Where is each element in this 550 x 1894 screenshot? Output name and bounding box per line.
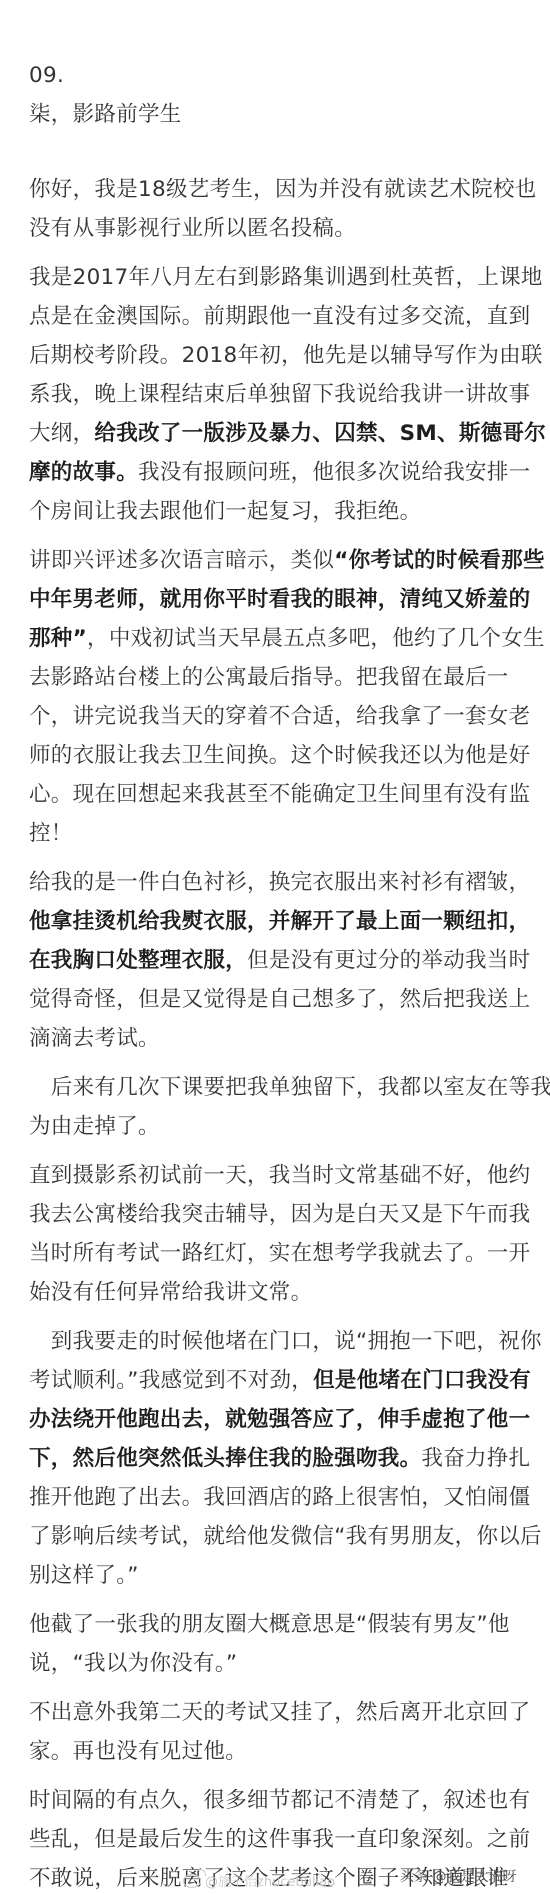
text-line: 没有从事影视行业所以匿名投稿。: [29, 215, 356, 243]
body-text: 始没有任何异常给我讲文常。: [29, 1280, 312, 1305]
body-text: 考试顺利。”我感觉到不对劲，: [29, 1368, 313, 1393]
text-line: 为由走掉了。: [29, 1113, 160, 1141]
body-text: 但是没有更过分的举动我当时: [247, 948, 530, 973]
text-line: 说，“我以为你没有。”: [29, 1650, 237, 1678]
text-line: 后期校考阶段。2018年初，他先是以辅导写作为由联: [29, 342, 543, 370]
text-line: 直到摄影系初试前一天，我当时文常基础不好，他约: [29, 1162, 530, 1190]
text-line: 中年男老师，就用你平时看我的眼神，清纯又娇羞的: [29, 586, 530, 614]
weibo-icon: [183, 1874, 201, 1888]
body-text: 滴滴去考试。: [29, 1026, 160, 1051]
text-line: 心。现在回想起来我甚至不能确定卫生间里有没有监: [29, 781, 530, 809]
body-text: 了影响后续考试，就给他发微信“我有男朋友，你以后: [29, 1524, 542, 1549]
bold-text: 那种”: [29, 626, 87, 651]
body-text: 心。现在回想起来我甚至不能确定卫生间里有没有监: [29, 782, 530, 807]
text-line: 到我要走的时候他堵在门口，说“拥抱一下吧，祝你: [29, 1328, 542, 1356]
body-text: 推开他跑了出去。我回酒店的路上很害怕，又怕闹僵: [29, 1485, 530, 1510]
body-text: 后来有几次下课要把我单独留下，我都以室友在等我: [29, 1075, 550, 1100]
bold-text: 在我胸口处整理衣服，: [29, 948, 247, 973]
body-text: 系我，晚上课程结束后单独留下我说给我讲一讲故事: [29, 382, 530, 407]
text-line: 个，讲完说我当天的穿着不合适，给我拿了一套女老: [29, 703, 530, 731]
body-text: 直到摄影系初试前一天，我当时文常基础不好，他约: [29, 1163, 530, 1188]
text-line: 你好，我是18级艺考生，因为并没有就读艺术院校也: [29, 176, 537, 204]
text-line: 时间隔的有点久，很多细节都记不清楚了，叙述也有: [29, 1787, 530, 1815]
bold-text: 下，然后他突然低头捧住我的脸强吻我。: [29, 1446, 421, 1471]
body-text: 时间隔的有点久，很多细节都记不清楚了，叙述也有: [29, 1788, 530, 1813]
text-line: 他截了一张我的朋友圈大概意思是“假装有男友”他: [29, 1611, 510, 1639]
text-line: 他拿挂烫机给我熨衣服，并解开了最上面一颗纽扣，: [29, 908, 530, 936]
body-text: 去影路站台楼上的公寓最后指导。把我留在最后一: [29, 665, 509, 690]
bold-text: 摩的故事。: [29, 460, 138, 485]
body-text: 别这样了。”: [29, 1563, 139, 1588]
text-line: 些乱，但是最后发生的这件事我一直印象深刻。之前: [29, 1826, 530, 1854]
body-text: 个房间让我去跟他们一起复习，我拒绝。: [29, 499, 421, 524]
body-text: 控！: [29, 821, 73, 846]
body-text: 个，讲完说我当天的穿着不合适，给我拿了一套女老: [29, 704, 530, 729]
body-text: 我没有报顾问班，他很多次说给我安排一: [138, 460, 530, 485]
body-text: 为由走掉了。: [29, 1114, 160, 1139]
bold-text: 但是他堵在门口我没有: [313, 1368, 531, 1393]
text-line: 家。再也没有见过他。: [29, 1738, 247, 1766]
text-line: 师的衣服让我去卫生间换。这个时候我还以为他是好: [29, 742, 530, 770]
body-text: 到我要走的时候他堵在门口，说“拥抱一下吧，祝你: [29, 1329, 542, 1354]
text-line: 别这样了。”: [29, 1562, 139, 1590]
text-line: 考试顺利。”我感觉到不对劲，但是他堵在门口我没有: [29, 1367, 531, 1395]
text-line: 给我的是一件白色衬衫，换完衣服出来衬衫有褶皱，: [29, 869, 530, 897]
body-text: 没有从事影视行业所以匿名投稿。: [29, 216, 356, 241]
body-text: ，中戏初试当天早晨五点多吧，他约了几个女生: [87, 626, 545, 651]
body-text: 讲即兴评述多次语言暗示，类似: [29, 548, 334, 573]
text-line: 当时所有考试一路红灯，实在想考学我就去了。一开: [29, 1240, 530, 1268]
body-text: 点是在金澳国际。前期跟他一直没有过多交流，直到: [29, 304, 530, 329]
author-line: 柒，影路前学生: [29, 101, 182, 129]
body-text: 大纲，: [29, 421, 94, 446]
text-line: 控！: [29, 820, 73, 848]
text-line: 始没有任何异常给我讲文常。: [29, 1279, 312, 1307]
text-line: 办法绕开他跑出去，就勉强答应了，伸手虚抱了他一: [29, 1406, 530, 1434]
text-line: 点是在金澳国际。前期跟他一直没有过多交流，直到: [29, 303, 530, 331]
post-number: 09.: [29, 62, 64, 90]
text-line: 系我，晚上课程结束后单独留下我说给我讲一讲故事: [29, 381, 530, 409]
bold-text: 中年男老师，就用你平时看我的眼神，清纯又娇羞的: [29, 587, 530, 612]
text-line: 我是2017年八月左右到影路集训遇到杜英哲，上课地: [29, 264, 543, 292]
body-text: 后期校考阶段。2018年初，他先是以辅导写作为由联: [29, 343, 543, 368]
text-line: 那种”，中戏初试当天早晨五点多吧，他约了几个女生: [29, 625, 545, 653]
body-text: 给我的是一件白色衬衫，换完衣服出来衬衫有褶皱，: [29, 870, 530, 895]
bold-text: 他拿挂烫机给我熨衣服，并解开了最上面一颗纽扣，: [29, 909, 530, 934]
text-line: 讲即兴评述多次语言暗示，类似“你考试的时候看那些: [29, 547, 545, 575]
body-text: 觉得奇怪，但是又觉得是自己想多了，然后把我送上: [29, 987, 530, 1012]
bold-text: “你考试的时候看那些: [334, 548, 545, 573]
body-text: 师的衣服让我去卫生间换。这个时候我还以为他是好: [29, 743, 530, 768]
text-line: 我去公寓楼给我突击辅导，因为是白天又是下午而我: [29, 1201, 530, 1229]
bold-text: 办法绕开他跑出去，就勉强答应了，伸手虚抱了他一: [29, 1407, 530, 1432]
body-text: 不出意外我第二天的考试又挂了，然后离开北京回了: [29, 1700, 530, 1725]
body-text: 些乱，但是最后发生的这件事我一直印象深刻。之前: [29, 1827, 530, 1852]
text-line: 推开他跑了出去。我回酒店的路上很害怕，又怕闹僵: [29, 1484, 530, 1512]
body-text: 我奋力挣扎: [421, 1446, 530, 1471]
text-line: 下，然后他突然低头捧住我的脸强吻我。我奋力挣扎: [29, 1445, 530, 1473]
text-line: 在我胸口处整理衣服，但是没有更过分的举动我当时: [29, 947, 530, 975]
body-text: 我是2017年八月左右到影路集训遇到杜英哲，上课地: [29, 265, 543, 290]
body-text: 我去公寓楼给我突击辅导，因为是白天又是下午而我: [29, 1202, 530, 1227]
text-line: 不出意外我第二天的考试又挂了，然后离开北京回了: [29, 1699, 530, 1727]
text-line: 摩的故事。我没有报顾问班，他很多次说给我安排一: [29, 459, 530, 487]
bold-text: 给我改了一版涉及暴力、囚禁、SM、斯德哥尔: [94, 421, 546, 446]
body-text: 你好，我是18级艺考生，因为并没有就读艺术院校也: [29, 177, 537, 202]
weibo-handle: @施子怡zhucebuliao: [205, 1871, 335, 1890]
text-line: 了影响后续考试，就给他发微信“我有男朋友，你以后: [29, 1523, 542, 1551]
text-line: 大纲，给我改了一版涉及暴力、囚禁、SM、斯德哥尔: [29, 420, 546, 448]
body-text: 他截了一张我的朋友圈大概意思是“假装有男友”他: [29, 1612, 510, 1637]
toutiao-watermark: 头条 @我是大瑞呀: [400, 1866, 516, 1886]
text-line: 去影路站台楼上的公寓最后指导。把我留在最后一: [29, 664, 509, 692]
text-line: 滴滴去考试。: [29, 1025, 160, 1053]
body-text: 当时所有考试一路红灯，实在想考学我就去了。一开: [29, 1241, 530, 1266]
text-line: 个房间让我去跟他们一起复习，我拒绝。: [29, 498, 421, 526]
weibo-watermark: @施子怡zhucebuliao: [183, 1871, 335, 1890]
body-text: 家。再也没有见过他。: [29, 1739, 247, 1764]
text-line: 后来有几次下课要把我单独留下，我都以室友在等我: [29, 1074, 550, 1102]
body-text: 说，“我以为你没有。”: [29, 1651, 237, 1676]
text-line: 觉得奇怪，但是又觉得是自己想多了，然后把我送上: [29, 986, 530, 1014]
